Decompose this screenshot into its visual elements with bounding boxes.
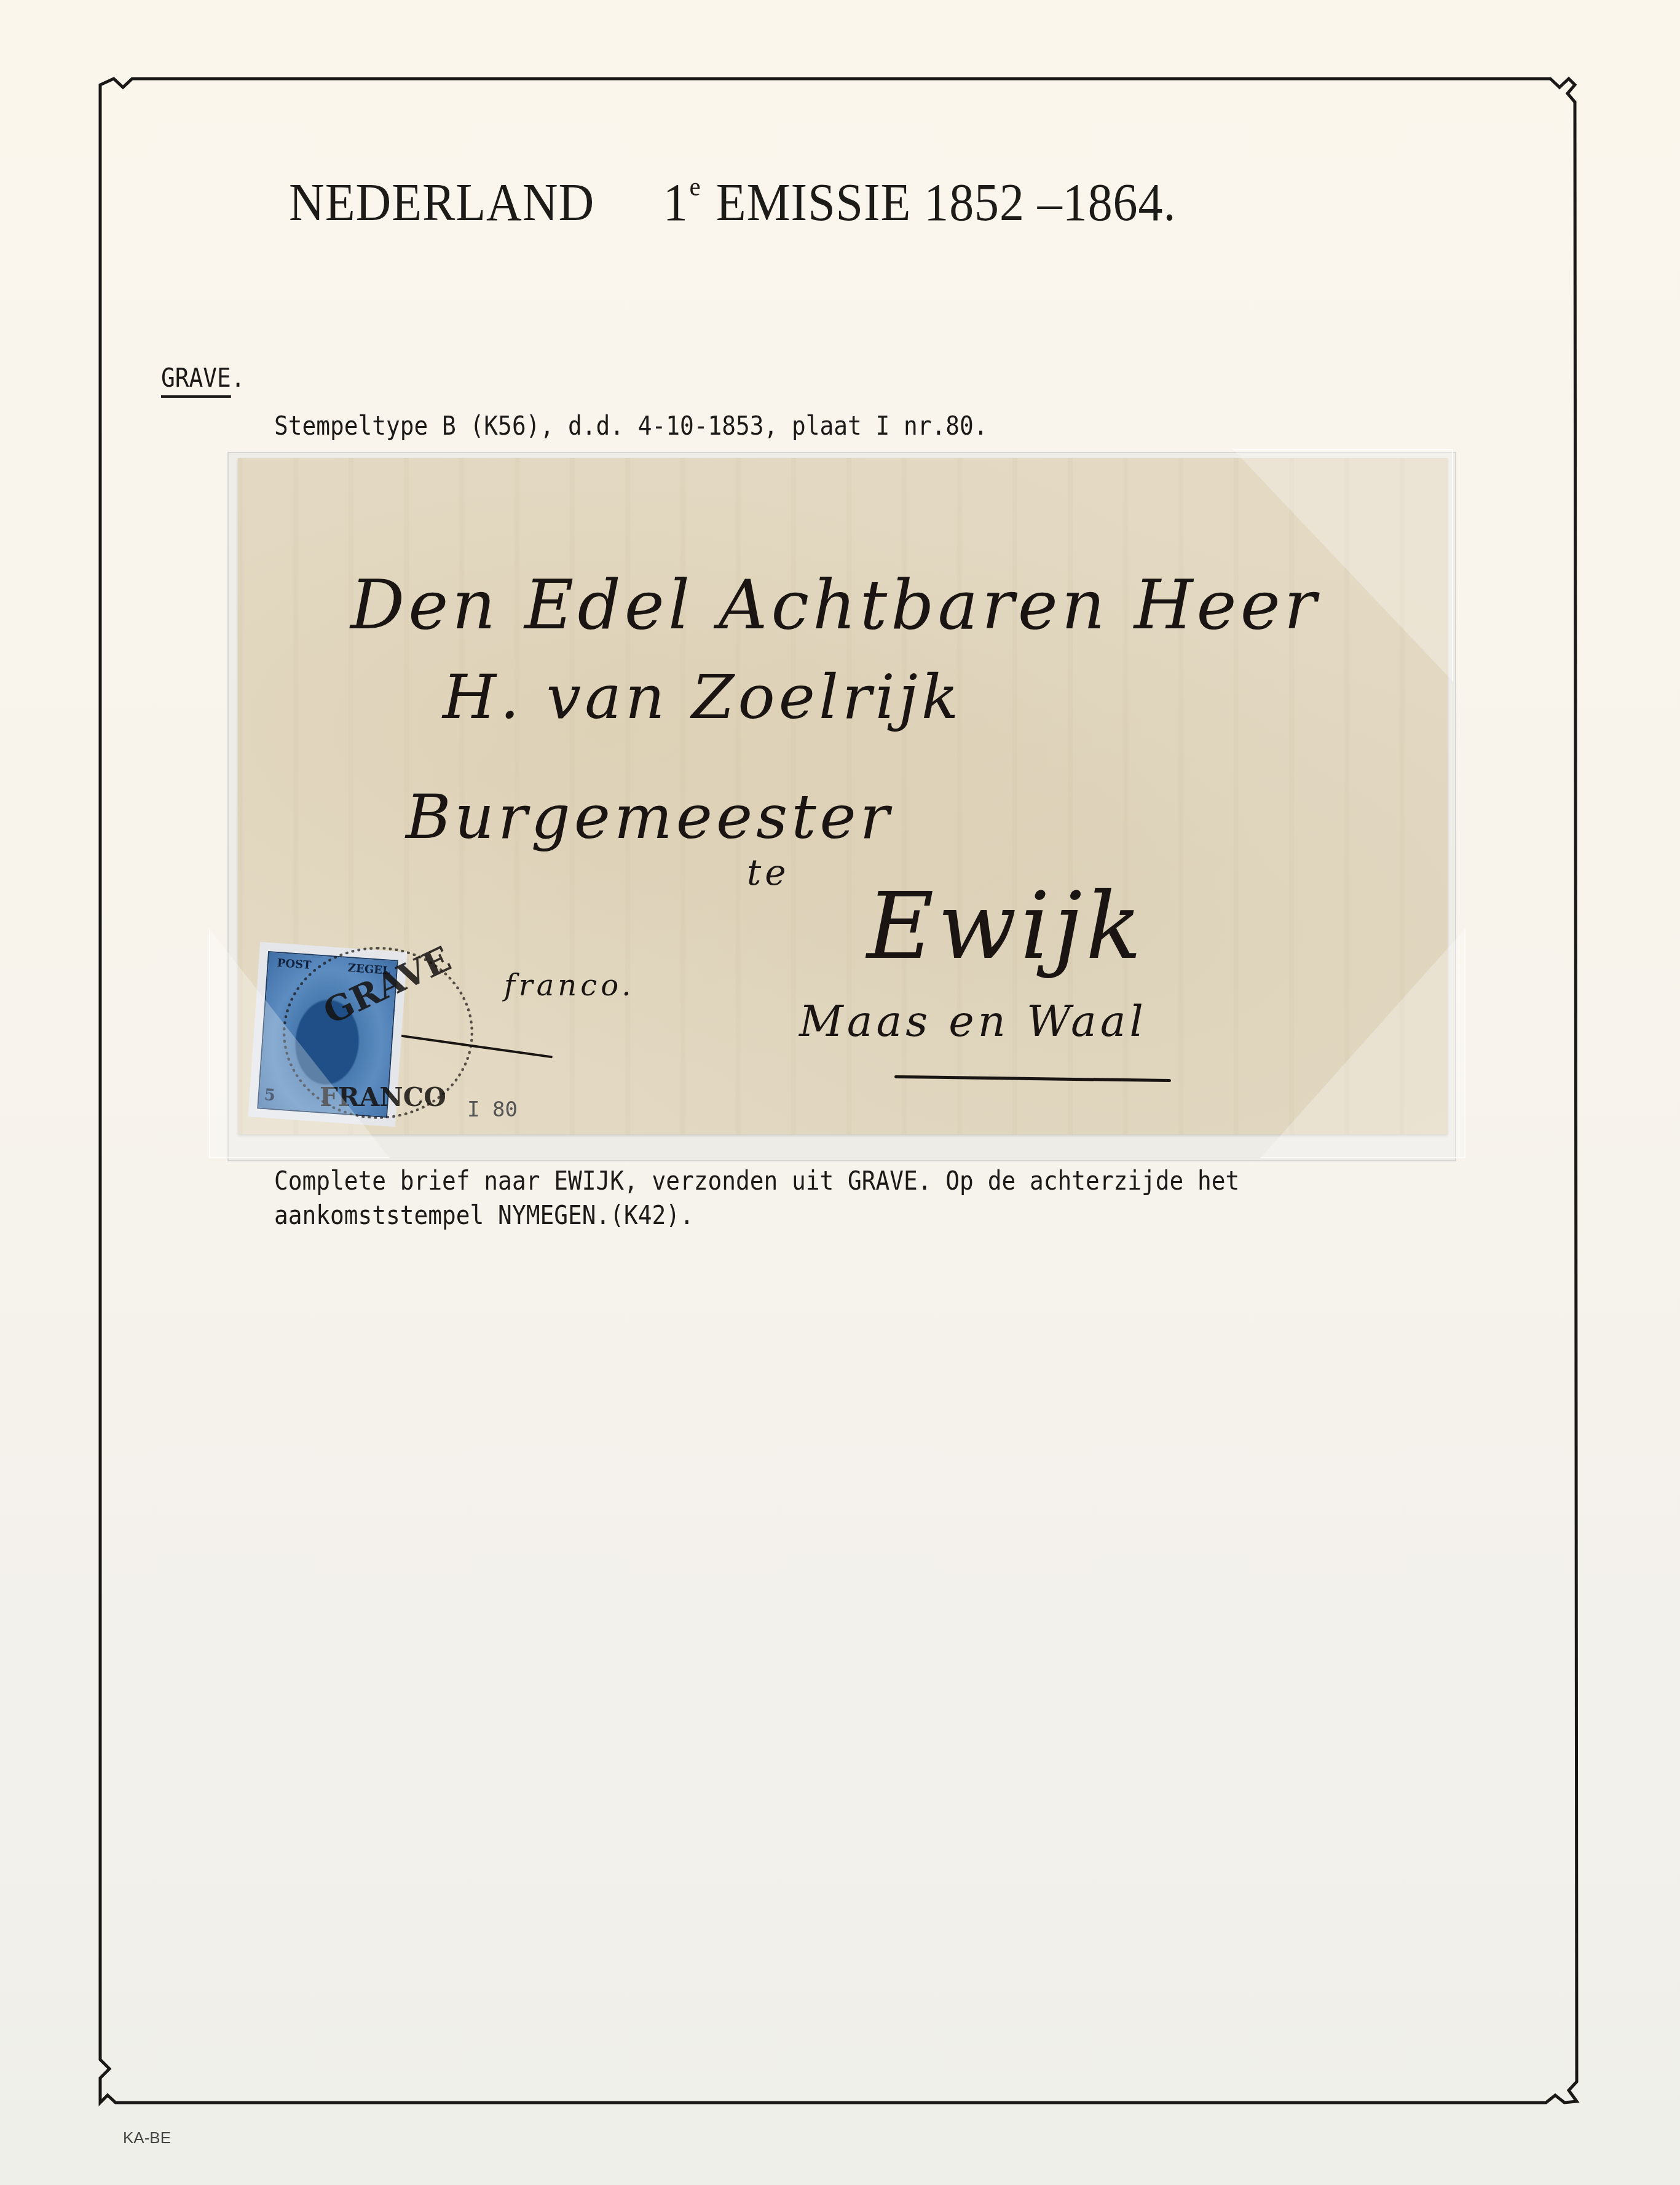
title-country: NEDERLAND (289, 173, 594, 232)
caption-line-1: Complete brief naar EWIJK, verzonden uit… (274, 1164, 1239, 1198)
address-line-4: te (747, 851, 790, 893)
plate-annotation: I 80 (467, 1097, 518, 1122)
publisher-mark: KA-BE (123, 2128, 171, 2147)
address-line-3: Burgemeester (406, 781, 893, 853)
title-emission-label: EMISSIE (716, 173, 912, 232)
franco-note: franco. (504, 968, 634, 1003)
address-line-2: H. van Zoelrijk (443, 661, 962, 733)
town-name: GRAVE (161, 363, 231, 393)
address-line-6: Maas en Waal (799, 996, 1147, 1046)
section-town-heading: GRAVE. (161, 363, 245, 393)
address-line-5: Ewijk (867, 873, 1145, 980)
postmark-description: Stempeltype B (K56), d.d. 4-10-1853, pla… (274, 411, 988, 441)
title-emission-suffix: e (689, 172, 701, 202)
title-emission-number: 1 (663, 173, 688, 232)
stamp-label-post: POST (277, 957, 312, 972)
caption-line-2: aankomststempel NYMEGEN.(K42). (274, 1198, 1239, 1233)
town-punct: . (231, 363, 245, 393)
item-caption: Complete brief naar EWIJK, verzonden uit… (274, 1164, 1239, 1233)
page-title: NEDERLAND1eEMISSIE 1852 –1864. (289, 171, 1176, 233)
title-period: 1852 –1864. (924, 173, 1176, 232)
address-line-1: Den Edel Achtbaren Heer (350, 566, 1320, 644)
